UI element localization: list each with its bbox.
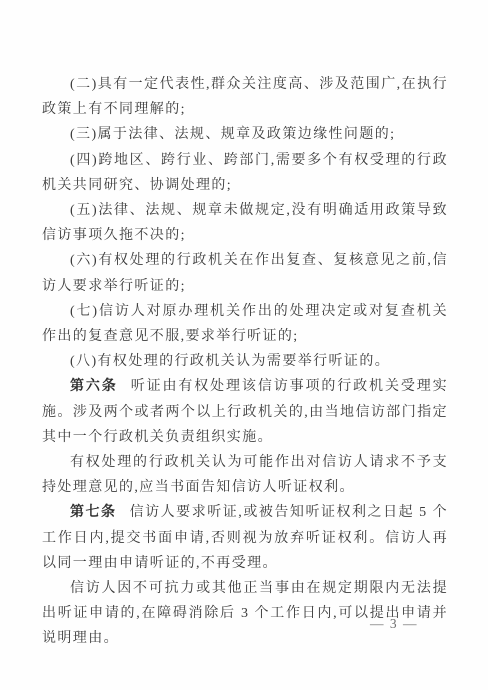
- document-body: (二)具有一定代表性,群众关注度高、涉及范围广,在执行政策上有不同理解的;(三)…: [42, 72, 448, 652]
- paragraph-text: 有权处理的行政机关认为可能作出对信访人请求不予支持处理意见的,应当书面告知信访人…: [42, 455, 448, 495]
- paragraph: 有权处理的行政机关认为可能作出对信访人请求不予支持处理意见的,应当书面告知信访人…: [42, 450, 448, 500]
- paragraph-text: (七)信访人对原办理机关作出的处理决定或对复查机关作出的复查意见不服,要求举行听…: [42, 304, 448, 344]
- paragraph: (七)信访人对原办理机关作出的处理决定或对复查机关作出的复查意见不服,要求举行听…: [42, 299, 448, 349]
- paragraph: 信访人因不可抗力或其他正当事由在规定期限内无法提出听证申请的,在障碍消除后 3 …: [42, 576, 448, 652]
- paragraph: (八)有权处理的行政机关认为需要举行听证的。: [42, 349, 448, 374]
- paragraph: (三)属于法律、法规、规章及政策边缘性问题的;: [42, 122, 448, 147]
- paragraph: 第七条信访人要求听证,或被告知听证权利之日起 5 个工作日内,提交书面申请,否则…: [42, 500, 448, 576]
- paragraph: 第六条听证由有权处理该信访事项的行政机关受理实施。涉及两个或者两个以上行政机关的…: [42, 374, 448, 450]
- paragraph-text: (四)跨地区、跨行业、跨部门,需要多个有权受理的行政机关共同研究、协调处理的;: [42, 153, 448, 193]
- paragraph: (四)跨地区、跨行业、跨部门,需要多个有权受理的行政机关共同研究、协调处理的;: [42, 148, 448, 198]
- paragraph-text: 信访人因不可抗力或其他正当事由在规定期限内无法提出听证申请的,在障碍消除后 3 …: [42, 581, 448, 646]
- article-number-label: 第七条: [70, 505, 130, 520]
- paragraph: (五)法律、法规、规章未做规定,没有明确适用政策导致信访事项久拖不决的;: [42, 198, 448, 248]
- paragraph-text: (六)有权处理的行政机关在作出复查、复核意见之前,信访人要求举行听证的;: [42, 253, 448, 293]
- paragraph-text: (八)有权处理的行政机关认为需要举行听证的。: [70, 354, 390, 369]
- page-number: — 3 —: [370, 616, 418, 632]
- article-number-label: 第六条: [70, 379, 131, 394]
- paragraph: (六)有权处理的行政机关在作出复查、复核意见之前,信访人要求举行听证的;: [42, 248, 448, 298]
- document-page: (二)具有一定代表性,群众关注度高、涉及范围广,在执行政策上有不同理解的;(三)…: [0, 0, 488, 690]
- paragraph-text: (三)属于法律、法规、规章及政策边缘性问题的;: [70, 127, 395, 142]
- paragraph-text: (二)具有一定代表性,群众关注度高、涉及范围广,在执行政策上有不同理解的;: [42, 77, 448, 117]
- paragraph-text: (五)法律、法规、规章未做规定,没有明确适用政策导致信访事项久拖不决的;: [42, 203, 448, 243]
- paragraph: (二)具有一定代表性,群众关注度高、涉及范围广,在执行政策上有不同理解的;: [42, 72, 448, 122]
